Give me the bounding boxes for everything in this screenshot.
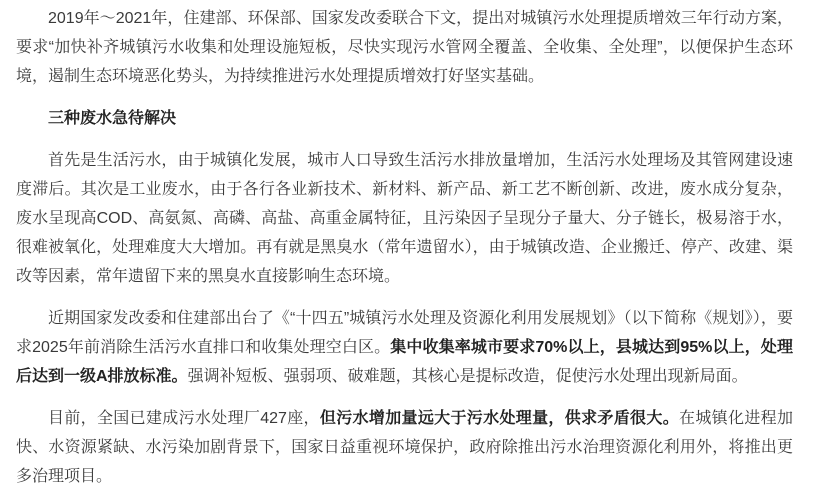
paragraph: 2019年～2021年，住建部、环保部、国家发改委联合下文，提出对城镇污水处理提… (16, 4, 793, 91)
text-run: 2019年～2021年，住建部、环保部、国家发改委联合下文，提出对城镇污水处理提… (16, 10, 793, 85)
text-run: 强调补短板、强弱项、破难题，其核心是提标改造，促使污水处理出现新局面。 (188, 368, 748, 385)
text-run-bold: 但污水增加量远大于污水处理量，供求矛盾很大。 (320, 410, 679, 427)
article-body: 2019年～2021年，住建部、环保部、国家发改委联合下文，提出对城镇污水处理提… (0, 0, 823, 496)
paragraph: 目前，全国已建成污水处理厂427座，但污水增加量远大于污水处理量，供求矛盾很大。… (16, 404, 793, 491)
paragraph: 近期国家发改委和住建部出台了《“十四五”城镇污水处理及资源化利用发展规划》（以下… (16, 304, 793, 391)
text-run-bold: 三种废水急待解决 (48, 110, 176, 127)
text-run: 首先是生活污水，由于城镇化发展，城市人口导致生活污水排放量增加，生活污水处理场及… (16, 152, 793, 285)
paragraph: 首先是生活污水，由于城镇化发展，城市人口导致生活污水排放量增加，生活污水处理场及… (16, 146, 793, 291)
text-run: 目前，全国已建成污水处理厂427座， (48, 410, 320, 427)
section-heading: 三种废水急待解决 (16, 104, 793, 133)
